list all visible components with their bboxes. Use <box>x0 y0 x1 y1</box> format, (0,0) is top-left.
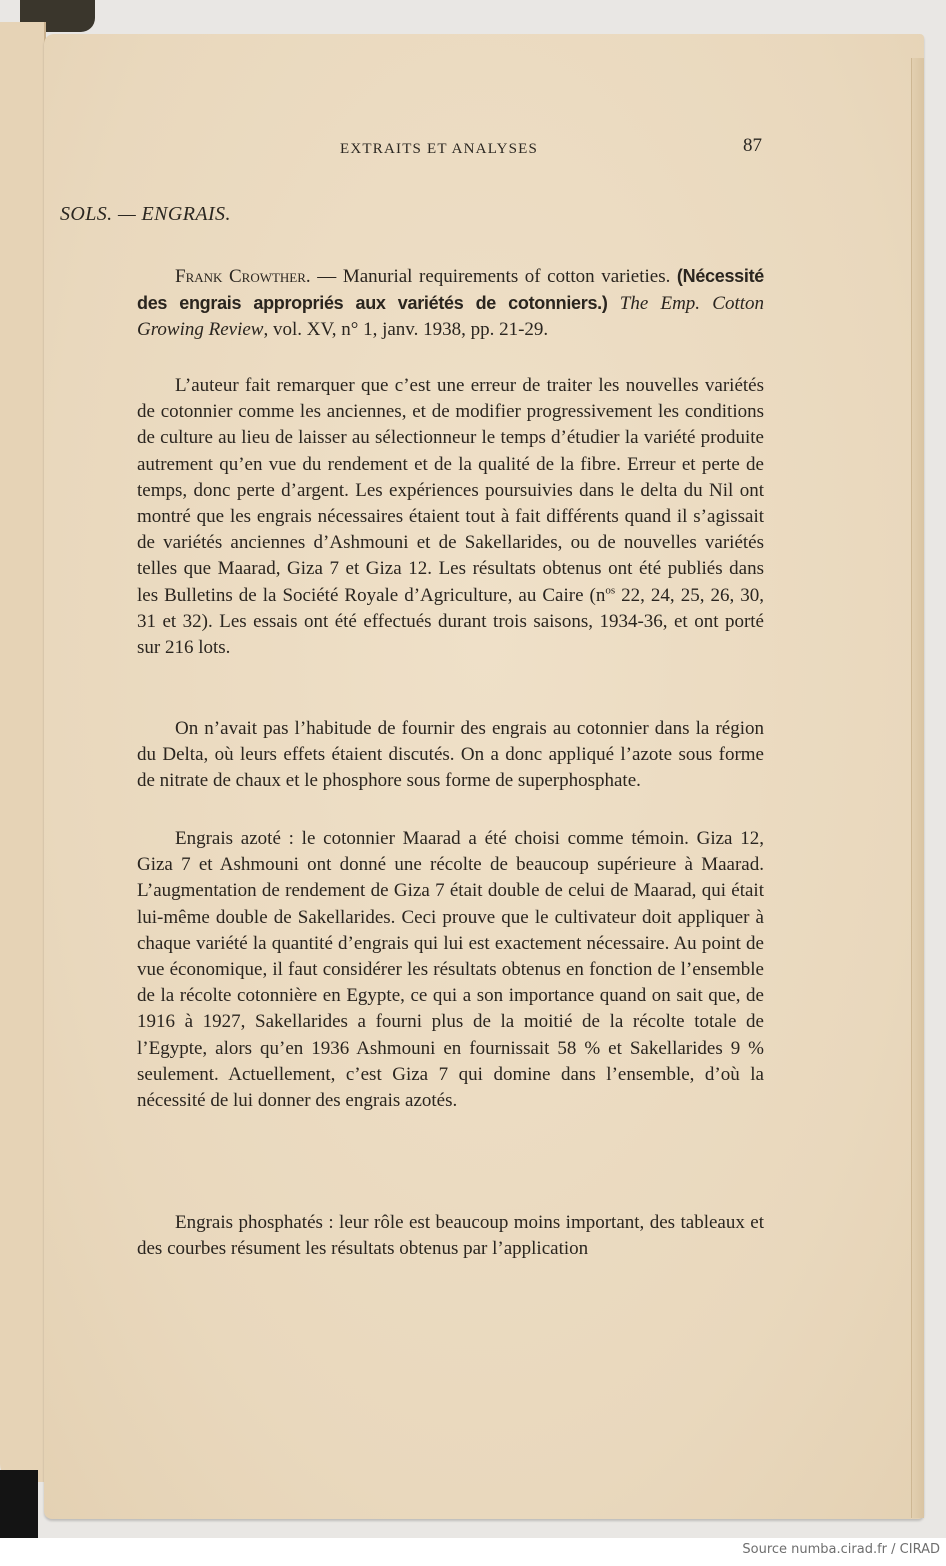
citation-dash: — <box>311 266 343 287</box>
paragraph-text: Engrais phosphatés : leur rôle est beauc… <box>137 1210 764 1262</box>
page-stack-edge <box>911 58 924 1518</box>
section-title: SOLS. — ENGRAIS. <box>60 203 231 226</box>
running-head: EXTRAITS ET ANALYSES <box>340 141 538 158</box>
book-binding-bottom <box>0 1470 38 1538</box>
source-credit: Source numba.cirad.fr / CIRAD <box>742 1542 940 1557</box>
page-number: 87 <box>743 135 762 157</box>
paragraph-delta: On n’avait pas l’habitude de fournir des… <box>137 716 764 795</box>
citation: Frank Crowther. — Manurial requirements … <box>137 263 764 344</box>
paragraph-intro: L’auteur fait remarquer que c’est une er… <box>137 373 764 661</box>
citation-author: Frank Crowther. <box>175 266 311 287</box>
paragraph-text: L’auteur fait remarquer que c’est une er… <box>137 375 764 606</box>
paragraph-engrais-phosphates: Engrais phosphatés : leur rôle est beauc… <box>137 1210 764 1262</box>
paragraph-text: Engrais azoté : le cotonnier Maarad a ét… <box>137 826 764 1114</box>
superscript-os: os <box>605 584 615 596</box>
citation-details: , vol. XV, n° 1, janv. 1938, pp. 21-29. <box>263 319 548 340</box>
facing-page-edge <box>0 22 46 1482</box>
citation-english-title: Manurial requirements of cotton varietie… <box>343 266 677 287</box>
paragraph-text: On n’avait pas l’habitude de fournir des… <box>137 716 764 795</box>
paragraph-engrais-azote: Engrais azoté : le cotonnier Maarad a ét… <box>137 826 764 1114</box>
